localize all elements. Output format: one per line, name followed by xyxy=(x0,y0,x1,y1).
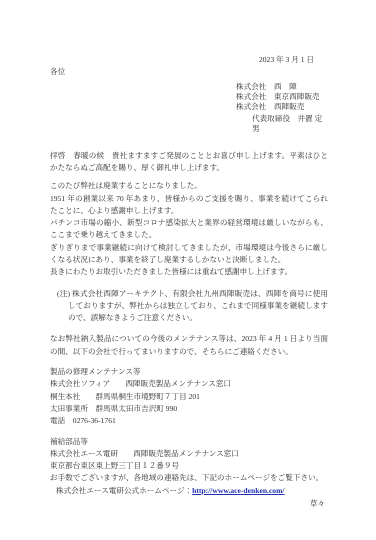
body-block: このたび弊社は廃業することになりました。 1951 年の創業以来 70 年あまり… xyxy=(50,180,328,278)
closing-label: 草々 xyxy=(50,498,328,510)
sender-company-line: 株式会社 西陣販売 xyxy=(236,102,328,112)
homepage-label: 株式会社エース電研公式ホームページ： xyxy=(56,486,192,495)
parts-contact-note-line: お手数でございますが、各地域の連絡先は、下記のホームページをご覧下さい。 xyxy=(50,472,328,484)
repair-ota-address-line: 太田事業所 群馬県太田市吉沢町 990 xyxy=(50,403,328,415)
body-paragraph: ぎりぎりまで事業継続に向けて検討してきましたが、市場環境は今後さらに厳しくなる状… xyxy=(50,242,328,267)
parts-section-heading: 補給部品等 xyxy=(50,436,328,448)
homepage-line: 株式会社エース電研公式ホームページ：http://www.ace-denken.… xyxy=(50,485,328,497)
repair-phone-line: 電話 0276-36-1761 xyxy=(50,415,328,427)
sender-block: 株式会社 西 陣 株式会社 東京西陣販売 株式会社 西陣販売 xyxy=(236,82,328,113)
parts-address-line: 東京都台東区東上野三丁目１２番９号 xyxy=(50,460,328,472)
repair-kiryu-address-line: 桐生本社 群馬県桐生市境野町７丁目 201 xyxy=(50,391,328,403)
recipient-label: 各位 xyxy=(50,66,328,78)
sender-company-line: 株式会社 西 陣 xyxy=(236,82,328,92)
note-paragraph: (注) 株式会社西陣アーキテクト、有限会社九州西陣販売は、西陣を商号に使用してお… xyxy=(50,288,328,325)
date-line: 2023 年 3 月 1 日 xyxy=(50,54,328,66)
repair-section-heading: 製品の修理メンテナンス等 xyxy=(50,366,328,378)
body-paragraph: 長きにわたりお取引いただきました皆様には重ねて感謝申し上げます。 xyxy=(50,266,328,278)
greeting-paragraph: 拝啓 春暖の候 貴社ますますご発展のこととお喜び申し上げます。平素はひとかたなら… xyxy=(50,150,328,175)
maintenance-intro: なお弊社納入製品についての今後のメンテナンス等は、2023 年 4 月 1 日よ… xyxy=(50,333,328,358)
sender-company-line: 株式会社 東京西陣販売 xyxy=(236,92,328,102)
body-paragraph: 1951 年の創業以来 70 年あまり、皆様からのご支援を賜り、事業を続けてこら… xyxy=(50,193,328,218)
parts-company-line: 株式会社エース電研 西陣販売製品メンテナンス窓口 xyxy=(50,448,328,460)
body-paragraph: パチンコ市場の縮小、新型コロナ感染拡大と業界の経営環境は厳しいながらも、ここまで… xyxy=(50,217,328,242)
body-paragraph: このたび弊社は廃業することになりました。 xyxy=(50,180,328,192)
representative-line: 代表取締役 井置 定男 xyxy=(252,114,328,135)
homepage-link[interactable]: http://www.ace-denken.com/ xyxy=(192,486,284,495)
repair-company-line: 株式会社ソフィア 西陣販売製品メンテナンス窓口 xyxy=(50,378,328,390)
letter-page: 2023 年 3 月 1 日 各位 株式会社 西 陣 株式会社 東京西陣販売 株… xyxy=(0,0,376,540)
